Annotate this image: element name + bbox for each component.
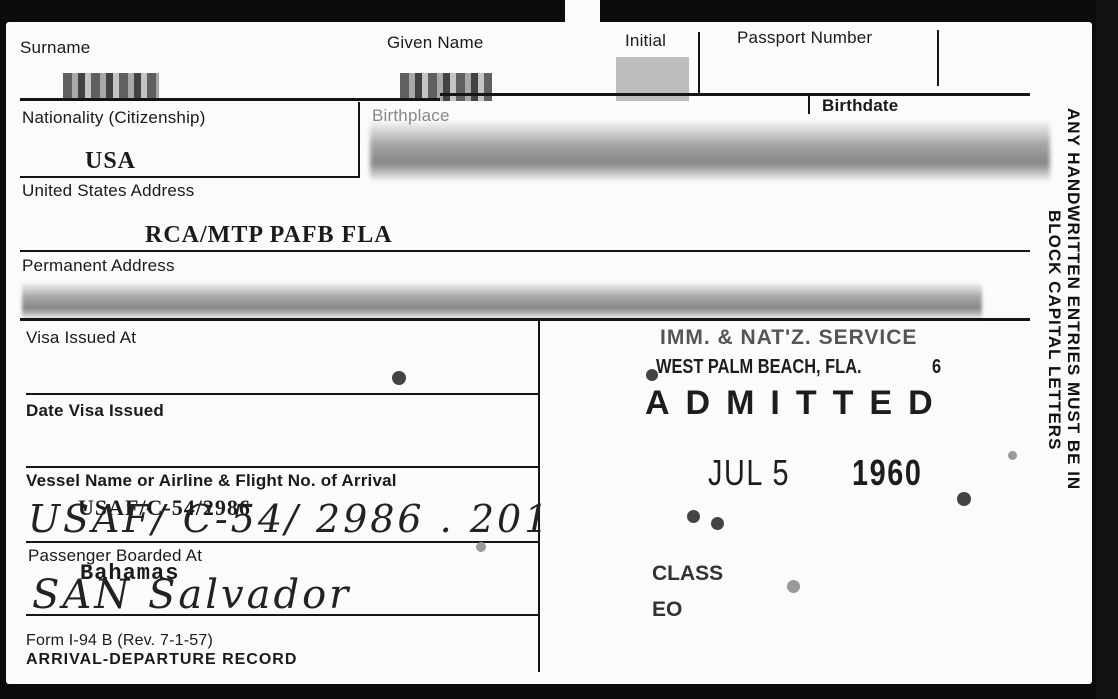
side-instruction-line1: ANY HANDWRITTEN ENTRIES MUST BE IN [1063,108,1083,490]
visa-issued-at-label: Visa Issued At [26,328,136,348]
birthdate-label: Birthdate [822,96,898,116]
divider [937,30,939,86]
divider [808,96,810,114]
scan-edge-right [1096,0,1118,699]
stamp-year: 1960 [852,452,922,494]
punch-dot [476,542,486,552]
row-line [20,98,440,101]
date-visa-issued-label: Date Visa Issued [26,401,164,421]
us-address-label: United States Address [22,181,194,201]
stamp-class-label: CLASS [652,562,723,586]
punch-dot [646,369,658,381]
punch-dot [711,517,724,530]
row-line [26,393,538,395]
punch-dot [687,510,700,523]
vessel-flight-label: Vessel Name or Airline & Flight No. of A… [26,471,397,491]
us-address-value: RCA/MTP PAFB FLA [145,222,393,249]
surname-label: Surname [20,38,90,58]
stamp-office: WEST PALM BEACH, FLA. [656,356,862,379]
punch-dot [392,371,406,385]
form-number: Form I-94 B (Rev. 7-1-57) [26,632,213,650]
punch-dot [957,492,971,506]
given-name-label: Given Name [387,33,483,53]
row-line [20,176,360,178]
divider [358,102,360,176]
stamp-date: JUL 5 [708,452,790,494]
divider [698,32,700,94]
birthplace-birthdate-obscured [370,120,1050,182]
stamp-box-divider [538,320,540,672]
row-line [20,250,1030,252]
given-name-value-redacted [400,73,492,101]
permanent-address-label: Permanent Address [22,256,175,276]
stamp-office-number: 6 [932,356,941,379]
permanent-address-value-redacted [22,282,982,320]
row-line [26,466,538,468]
passport-number-label: Passport Number [737,28,872,48]
stamp-service: IMM. & NAT'Z. SERVICE [660,326,917,350]
boarded-at-handwritten-value: SAN Salvador [32,572,351,618]
form-title: ARRIVAL-DEPARTURE RECORD [26,651,297,669]
row-line [20,318,1030,321]
surname-value-redacted [63,73,159,101]
initial-label: Initial [625,31,666,51]
vessel-flight-handwritten-value: USAF/ C-54/ 2986 . 201 [28,497,551,541]
row-line [26,541,538,543]
row-line [440,93,1030,96]
stamp-status: ADMITTED [645,384,949,423]
row-line [26,614,538,616]
punch-dot [1008,451,1017,460]
nationality-label: Nationality (Citizenship) [22,108,206,128]
punch-dot [787,580,800,593]
side-instruction-line2: BLOCK CAPITAL LETTERS [1044,210,1064,450]
nationality-value: USA [85,148,136,175]
stamp-class-value: EO [652,598,682,622]
scan-notch [565,0,600,24]
